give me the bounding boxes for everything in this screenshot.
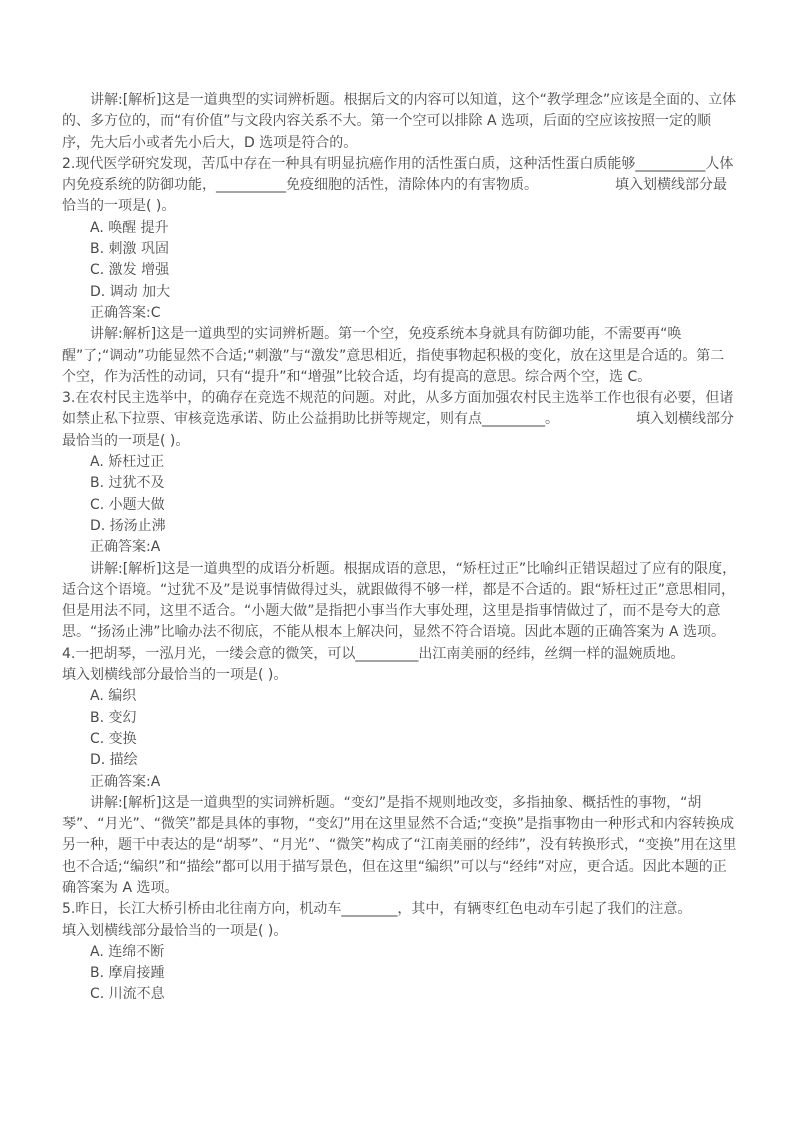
- option-item: C. 小题大做: [90, 495, 738, 516]
- option-item: C. 变换: [90, 729, 738, 750]
- question-stem: 2.现代医学研究发现，苦瓜中存在一种具有明显抗癌作用的活性蛋白质，这种活性蛋白质…: [62, 154, 738, 218]
- explanation-paragraph: 讲解:[解析]这是一道典型的实词辨析题。根据后文的内容可以知道，这个“教学理念”…: [62, 90, 738, 154]
- option-item: A. 矫枉过正: [90, 452, 738, 473]
- explanation-paragraph: 讲解:解析]这是一道典型的实词辨析题。第一个空，免疫系统本身就具有防御功能，不需…: [62, 324, 738, 388]
- document-body: 讲解:[解析]这是一道典型的实词辨析题。根据后文的内容可以知道，这个“教学理念”…: [62, 90, 738, 1006]
- option-item: A. 编织: [90, 686, 738, 707]
- answer-line: 正确答案:A: [90, 537, 738, 558]
- option-item: D. 扬汤止沸: [90, 516, 738, 537]
- option-item: B. 刺激 巩固: [90, 239, 738, 260]
- prompt-line: 填入划横线部分最恰当的一项是( )。: [62, 665, 738, 686]
- answer-line: 正确答案:A: [90, 772, 738, 793]
- option-item: A. 连绵不断: [90, 942, 738, 963]
- prompt-line: 填入划横线部分最恰当的一项是( )。: [62, 921, 738, 942]
- option-item: A. 唤醒 提升: [90, 218, 738, 239]
- explanation-paragraph: 讲解:[解析]这是一道典型的实词辨析题。“变幻”是指不规则地改变，多指抽象、概括…: [62, 793, 738, 899]
- answer-line: 正确答案:C: [90, 303, 738, 324]
- option-item: C. 川流不息: [90, 984, 738, 1005]
- option-item: C. 激发 增强: [90, 260, 738, 281]
- option-item: D. 描绘: [90, 750, 738, 771]
- explanation-paragraph: 讲解:[解析]这是一道典型的成语分析题。根据成语的意思，“矫枉过正”比喻纠正错误…: [62, 559, 738, 644]
- option-item: B. 过犹不及: [90, 473, 738, 494]
- option-item: B. 摩肩接踵: [90, 963, 738, 984]
- question-stem: 3.在农村民主选举中，的确存在竞选不规范的问题。对此，从多方面加强农村民主选举工…: [62, 388, 738, 452]
- question-stem: 4.一把胡琴，一泓月光，一缕会意的微笑，可以_________出江南美丽的经纬，…: [62, 644, 738, 665]
- question-stem: 5.昨日，长江大桥引桥由北往南方向，机动车________，其中，有辆枣红色电动…: [62, 899, 738, 920]
- option-item: B. 变幻: [90, 708, 738, 729]
- document-page: 讲解:[解析]这是一道典型的实词辨析题。根据后文的内容可以知道，这个“教学理念”…: [0, 0, 794, 1123]
- option-item: D. 调动 加大: [90, 282, 738, 303]
